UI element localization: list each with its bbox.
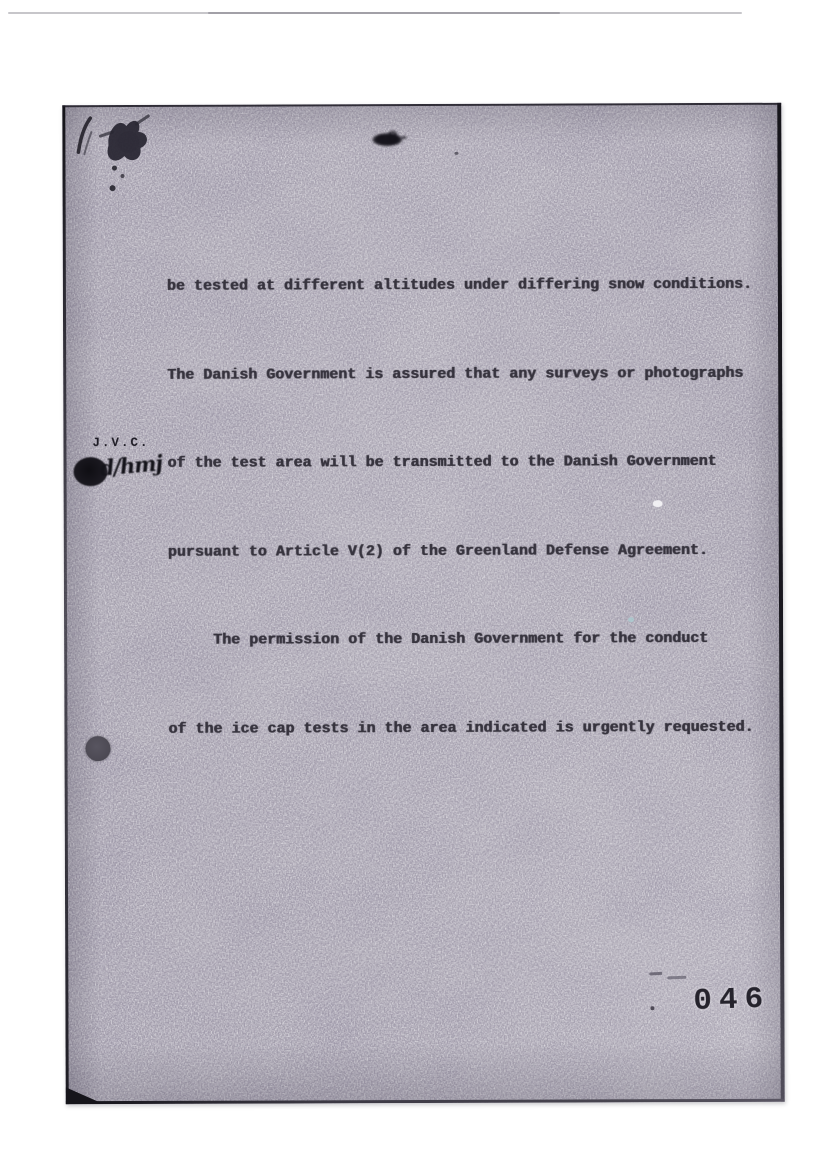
ink-blot-marks [64,106,174,202]
typed-initials: J.V.C. [92,436,149,450]
text-line: be tested at different altitudes under d… [167,270,779,302]
paper-edge-shadow [66,1099,785,1105]
text-line: of the test area will be transmitted to … [167,447,779,479]
text-line: pursuant to Article V(2) of the Greenlan… [168,535,780,567]
text-line: The Danish Government is assured that an… [167,358,779,390]
page-stamp-number: 046 [693,982,771,1019]
paper-corner-shadow [66,1087,104,1104]
paper-edge-shadow [62,105,68,1104]
scan-canvas: -8- be tested at different altitudes und… [0,0,828,1169]
body-text: be tested at different altitudes under d… [167,211,781,803]
page-number: -8- [368,128,418,152]
hole-punch-mark [85,736,110,761]
handwritten-initials-text: d/hmj [99,450,163,481]
pencil-dot-mark [650,1006,654,1010]
paper-speck [628,617,634,622]
pencil-dash-mark [667,976,686,980]
page-number-text: -8- [376,129,410,148]
paper-speck [454,152,458,155]
scanner-artifact-line-dark [208,12,560,14]
pencil-dash-mark [649,972,662,976]
paper-edge-shadow [62,103,781,108]
document-page: -8- be tested at different altitudes und… [62,103,784,1105]
text-line: of the ice cap tests in the area indicat… [168,712,780,744]
text-line: The permission of the Danish Government … [168,624,780,656]
handwritten-initials: d/hmj [71,451,221,500]
paper-speck [653,500,663,507]
